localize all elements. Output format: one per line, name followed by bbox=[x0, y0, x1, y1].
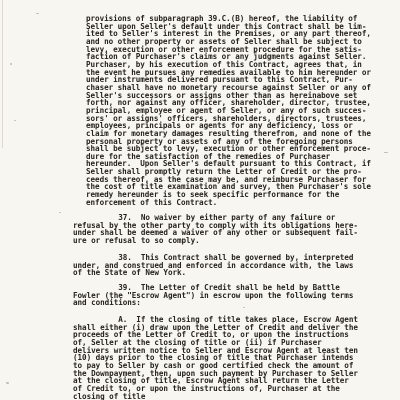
scan-speck bbox=[59, 212, 61, 213]
scanned-contract-page: provisions of subparagraph 39.C.(B) here… bbox=[0, 0, 400, 400]
scan-speck bbox=[14, 120, 16, 121]
scan-edge-artifact bbox=[2, 0, 3, 148]
clause-continuation-text: provisions of subparagraph 39.C.(B) here… bbox=[86, 15, 371, 206]
paragraph-38-text: 38. This Contract shall be governed by, … bbox=[73, 254, 353, 277]
scan-speck bbox=[243, 307, 245, 308]
paragraph-37-text: 37. No waiver by either party of any fai… bbox=[73, 214, 358, 245]
scan-speck bbox=[6, 382, 9, 384]
paragraph-39-text: 39. The Letter of Credit shall be held b… bbox=[73, 284, 353, 307]
paragraph-A-text: A. If the closing of title takes place, … bbox=[73, 316, 358, 400]
scan-speck bbox=[36, 13, 39, 14]
scan-speck bbox=[384, 152, 388, 153]
scan-speck bbox=[10, 63, 12, 65]
